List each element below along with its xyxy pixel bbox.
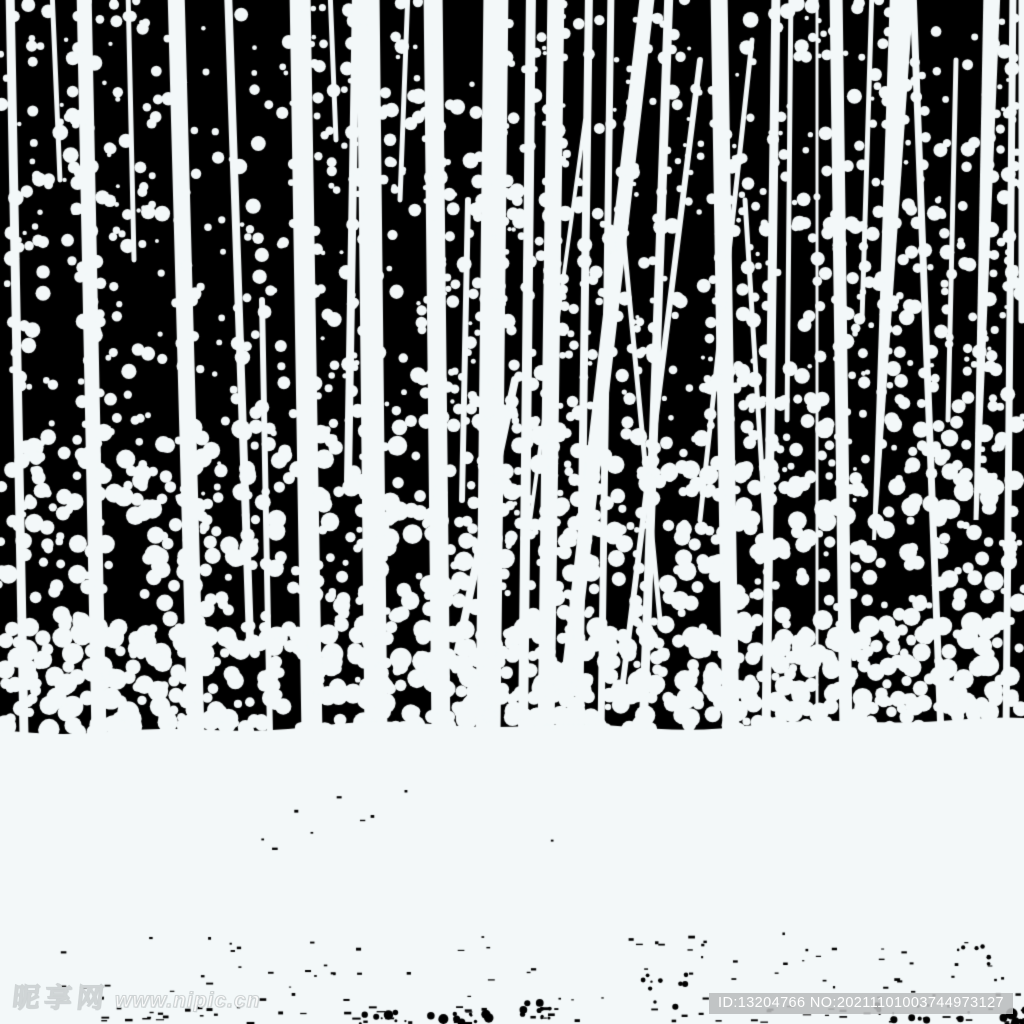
fountain-threshold-image bbox=[0, 0, 1024, 1024]
nipic-stock-image-page: 昵享网 www.nipic.cn ID:13204766 NO:20211101… bbox=[0, 0, 1024, 1024]
